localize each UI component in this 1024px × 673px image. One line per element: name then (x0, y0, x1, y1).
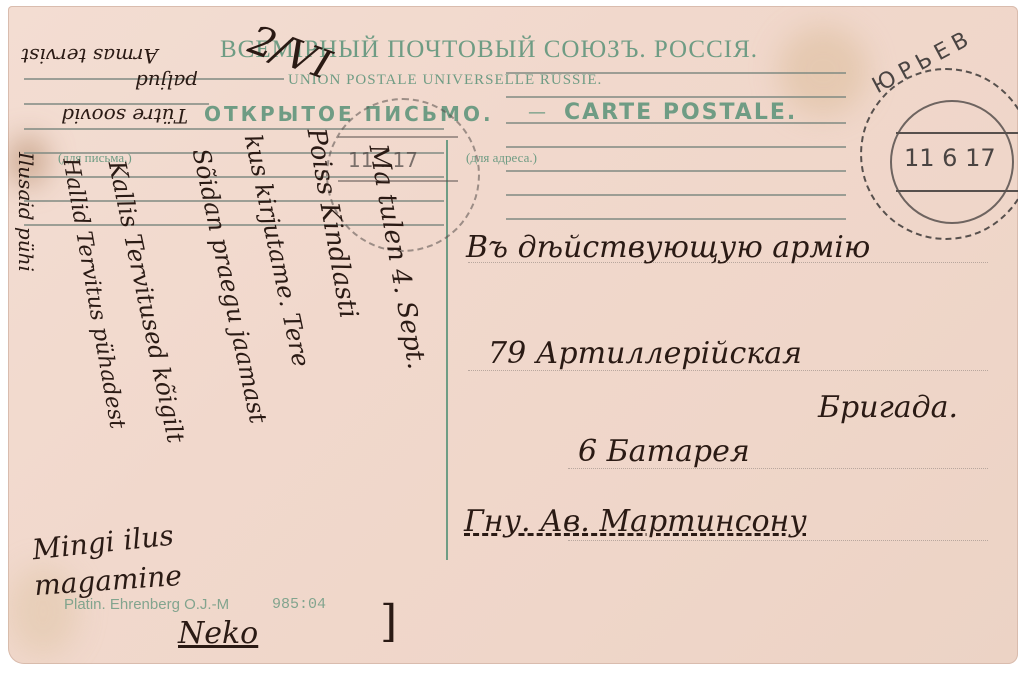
printer-number: 985:04 (272, 596, 326, 613)
postmark-date: 11 6 17 (904, 144, 996, 172)
address-rule (506, 96, 846, 98)
address-dotted-line (568, 540, 988, 541)
address-line-4: 6 Батарея (578, 434, 750, 469)
header-dash: — (528, 102, 546, 123)
address-line-1: Въ дѣйствующую армiю (466, 230, 870, 265)
address-rule (506, 72, 846, 74)
message-bottom-1: Mingi ilus (31, 519, 175, 567)
message-vertical-1: Ilusaid pühi (14, 152, 38, 272)
header-union-fr: UNION POSTALE UNIVERSELLE RUSSIE. (288, 72, 602, 89)
bracket-mark: ] (380, 596, 397, 647)
address-line-5: Гну. Ав. Мартинсону (464, 504, 807, 539)
address-rule (506, 218, 846, 220)
message-upside-down-3: Tütre soovid (61, 104, 188, 128)
address-rule (506, 194, 846, 196)
printer-imprint: Platin. Ehrenberg O.J.-M (64, 596, 229, 613)
message-upside-down-2: paljud (135, 70, 198, 94)
address-rule (506, 122, 846, 124)
address-rule (506, 170, 846, 172)
address-line-3: Бригада. (818, 390, 958, 425)
address-rule (506, 146, 846, 148)
message-signature: Neko (178, 616, 258, 651)
address-line-2: 79 Артиллерiйская (488, 336, 802, 371)
postcard: ВСЕМIРНЫЙ ПОЧТОВЫЙ СОЮЗЪ. РОССIЯ. UNION … (8, 6, 1018, 664)
message-upside-down-1: Armas tervist (21, 44, 158, 68)
